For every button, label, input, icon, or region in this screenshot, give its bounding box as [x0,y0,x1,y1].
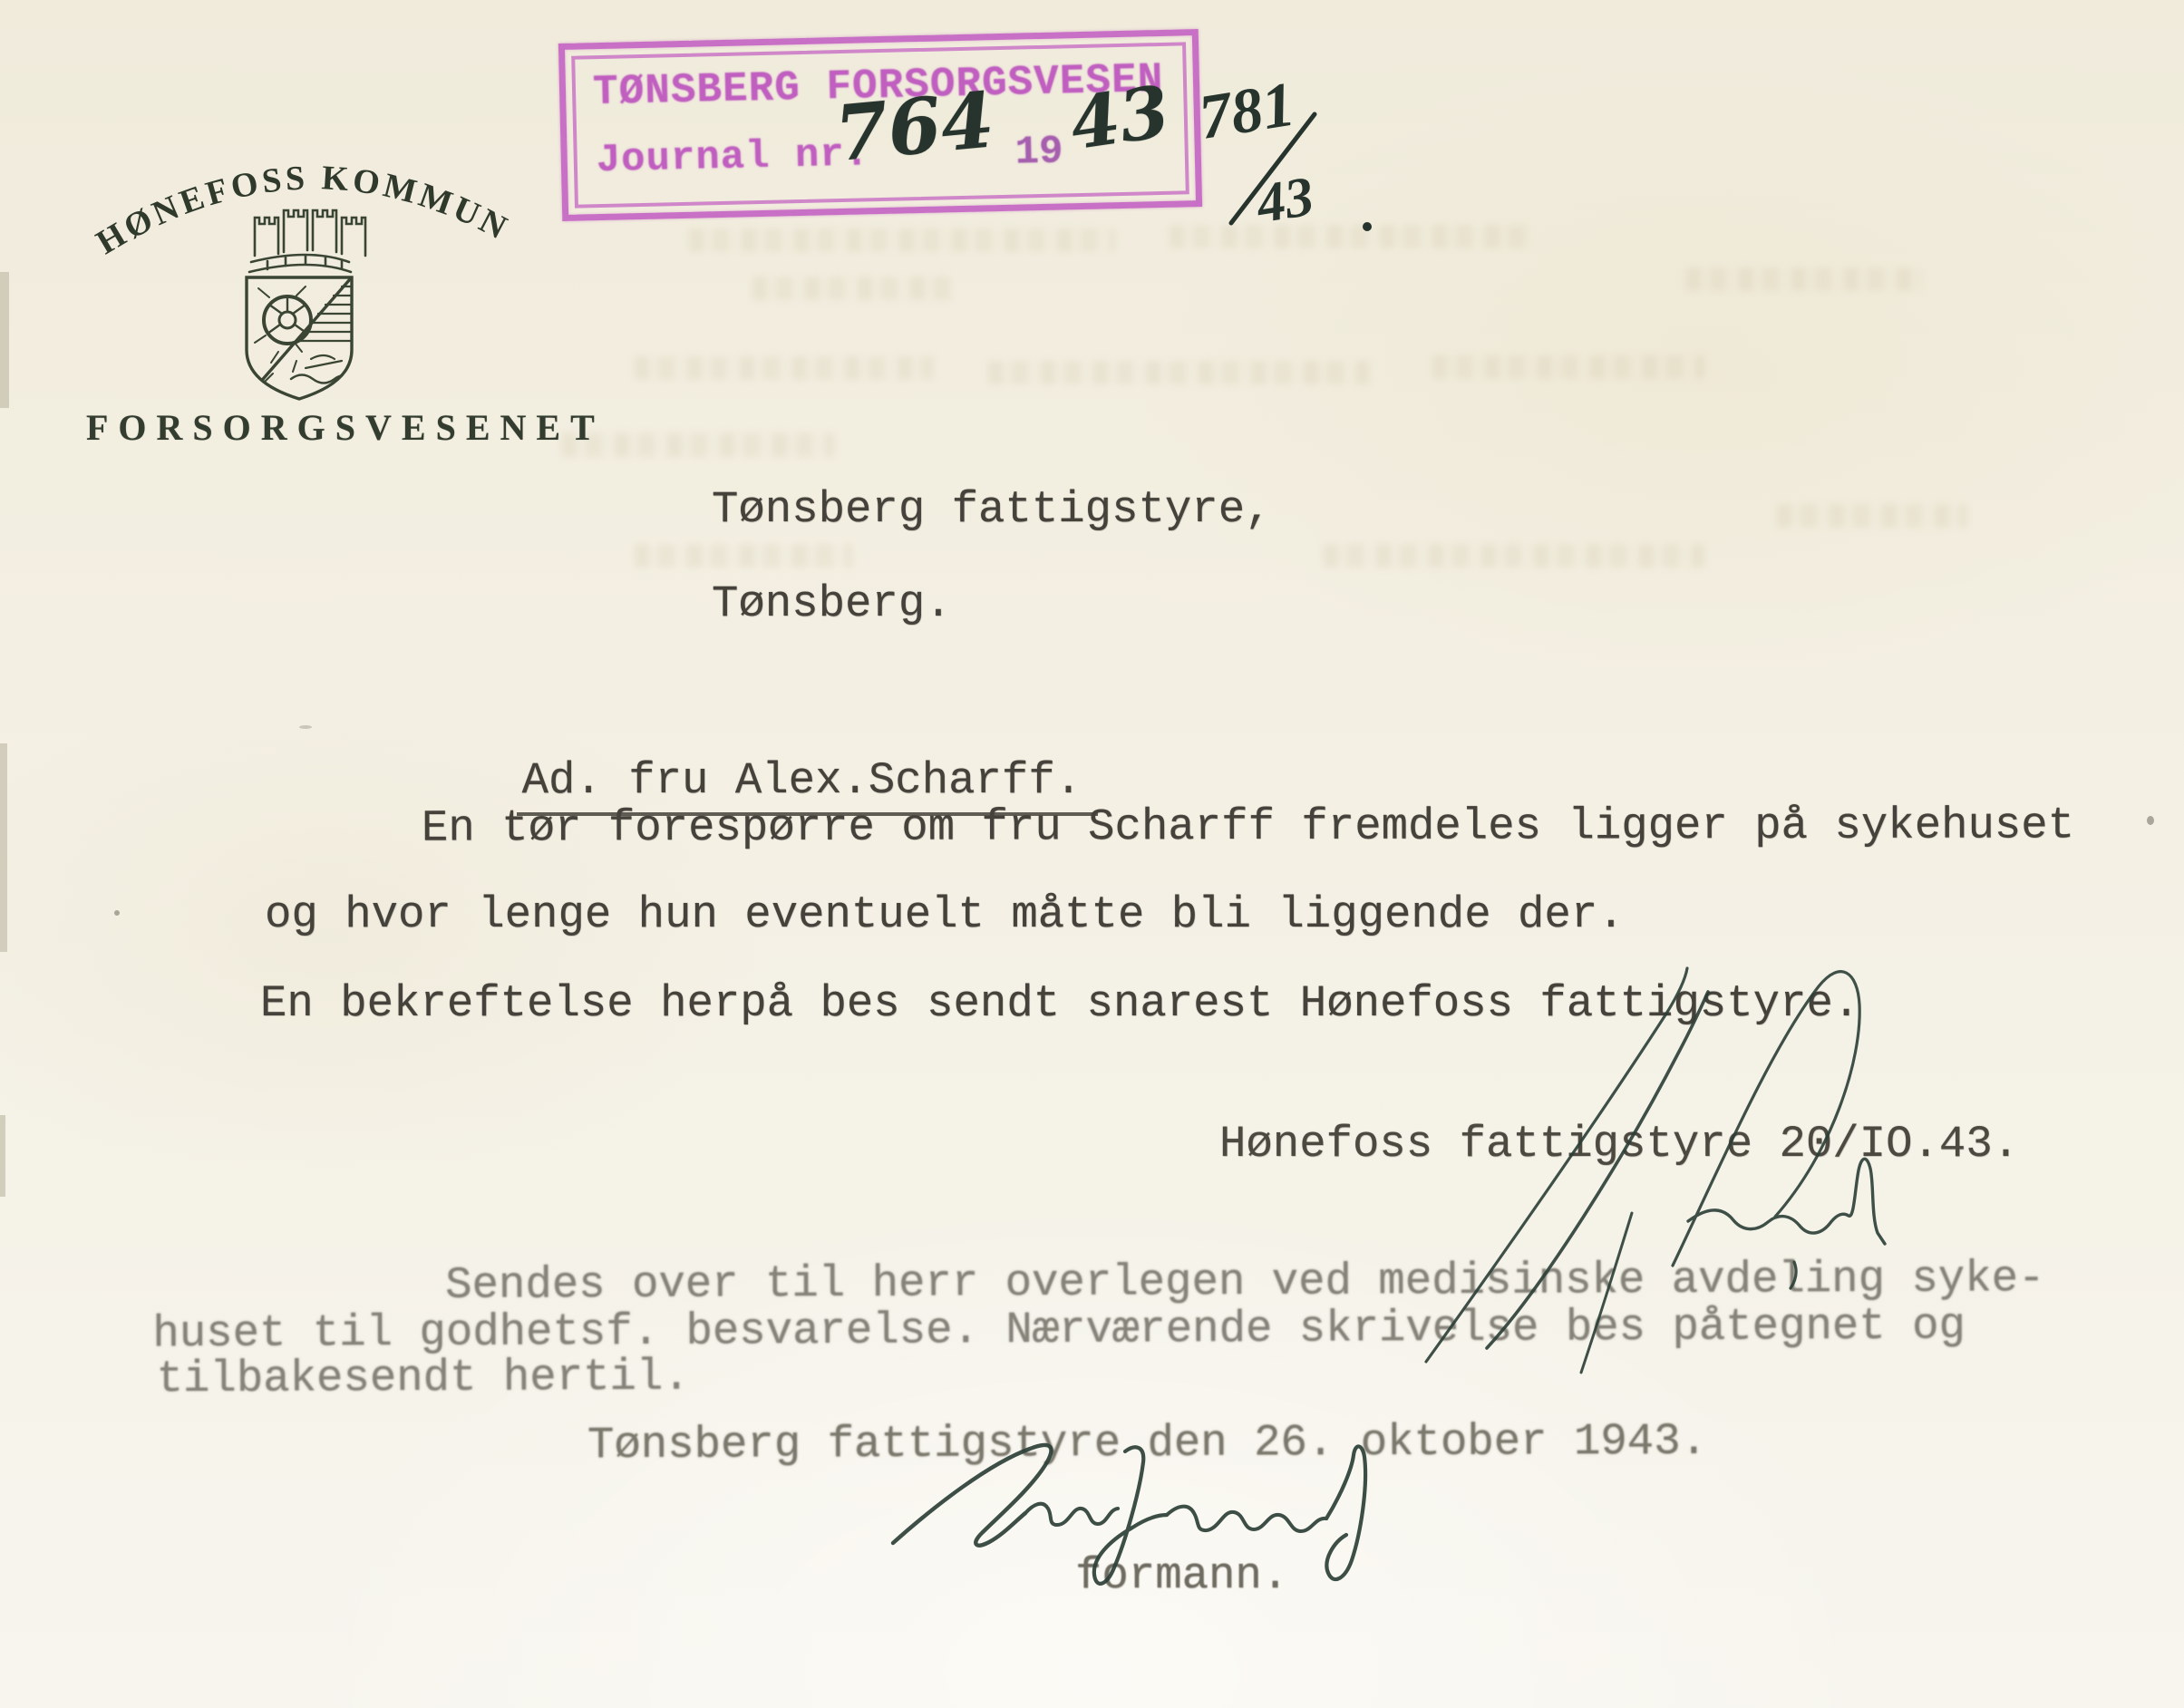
bleedthrough-smudge [1686,267,1922,291]
scan-edge-artifact [0,1115,5,1197]
body-line: og hvor lenge hun eventuelt måtte bli li… [265,893,1625,937]
bleedthrough-smudge [988,361,1369,384]
ref-fraction-slash [1231,114,1315,223]
scanned-letter-page: TØNSBERG FORSORGSVESEN Journal nr. 19 76… [0,0,2184,1708]
ref-number-handwritten: 781 43 [1179,34,1414,243]
scan-edge-artifact [0,272,9,408]
bleedthrough-smudge [1777,504,1967,528]
honefoss-signoff-line: Hønefoss fattigstyre 20/IO.43. [1219,1122,2019,1167]
ref-numerator: 781 [1194,69,1299,152]
paper-speck [114,910,120,916]
municipal-letterhead: HØNEFOSS KOMMUNE [77,134,558,406]
formann-title: formann. [1075,1554,1288,1598]
body-line: En tør forespørre om fru Scharff fremdel… [422,803,2074,850]
recipient-line: Tønsberg. [712,582,952,626]
recipient-line: Tønsberg fattigstyre, [712,488,1272,532]
paper-speck [299,725,312,729]
bleedthrough-smudge [1324,544,1704,568]
journal-number-handwritten: 764 [831,74,998,179]
mural-crown [249,210,365,272]
stamp-year-stamped: 19 [1014,129,1063,175]
year-handwritten: 43 [1065,71,1175,167]
letterhead-arc-text: HØNEFOSS KOMMUNE [77,134,516,262]
body-line: En bekreftelse herpå bes sendt snarest H… [260,982,1859,1026]
tonsberg-dateline: Tønsberg fattigstyre den 26. oktober 194… [587,1420,1707,1468]
bleedthrough-smudge [635,356,934,380]
bleedthrough-smudge [1432,355,1704,379]
department-name: FORSORGSVESENET [86,406,605,449]
coat-of-arms [247,210,365,399]
bleedthrough-smudge [1170,225,1532,248]
shield-outline [247,277,352,399]
paper-speck [2147,816,2154,825]
forwarding-note-line: tilbakesendt hertil. [157,1355,690,1402]
bleedthrough-smudge [635,544,852,568]
bleedthrough-smudge [689,228,1115,252]
forwarding-note-line: huset til godhetsf. besvarelse. Nærværen… [152,1305,1966,1357]
stamp-journal-label: Journal nr. [596,131,870,183]
rubber-stamp: TØNSBERG FORSORGSVESEN Journal nr. 19 76… [558,29,1202,221]
bleedthrough-smudge [752,277,952,300]
scan-edge-artifact [0,743,7,952]
